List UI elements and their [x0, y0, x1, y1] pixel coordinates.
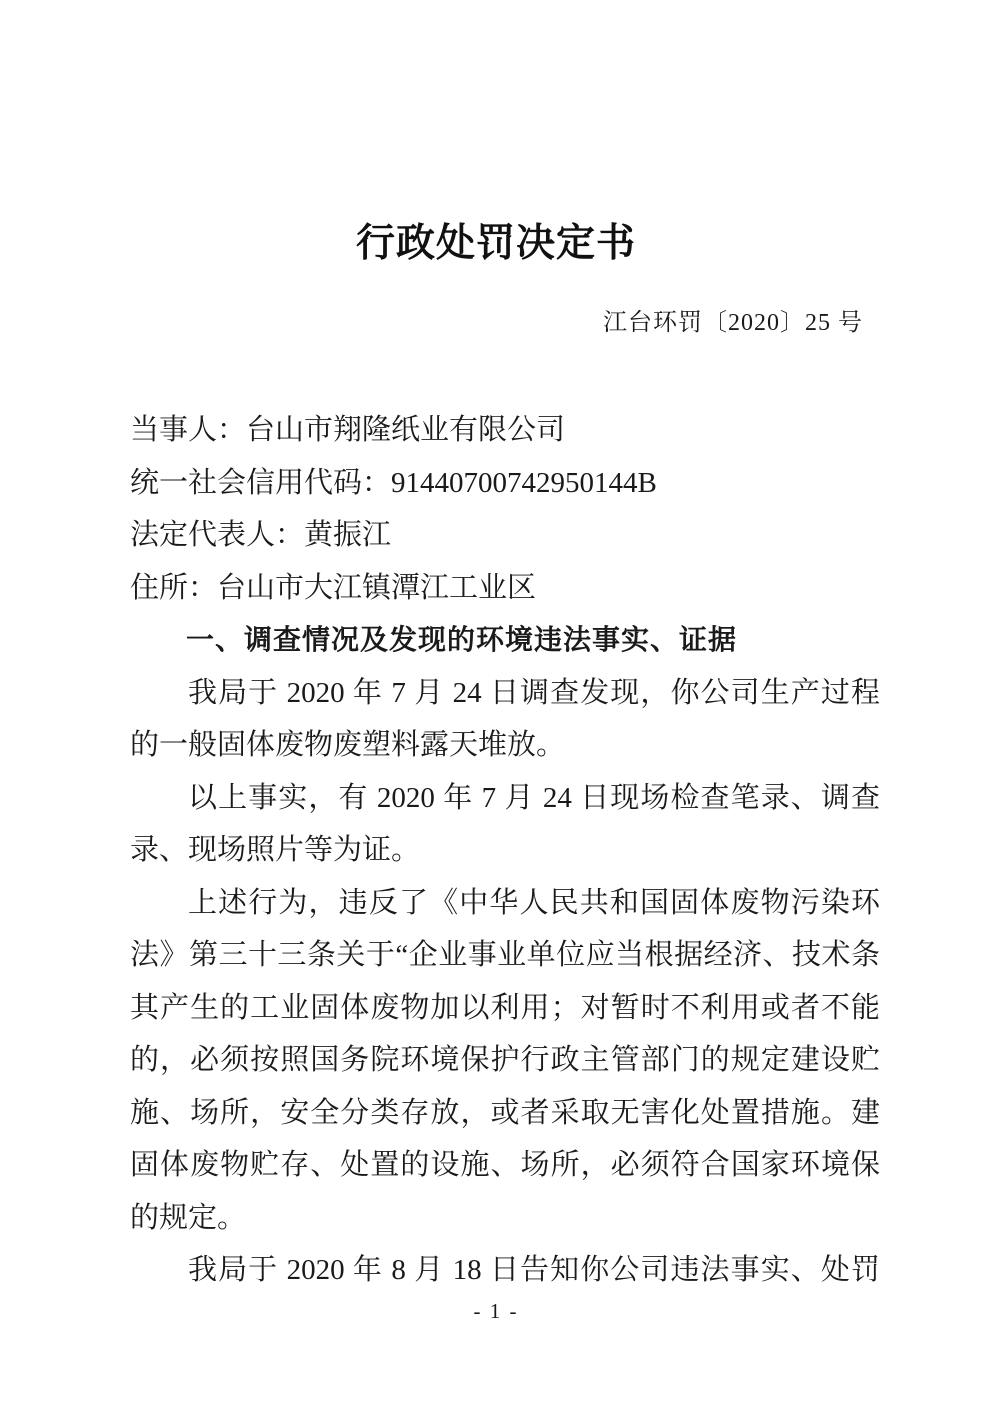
document-number: 江台环罚〔2020〕25 号 [603, 307, 863, 339]
section-heading: 一、调查情况及发现的环境违法事实、证据 [130, 614, 880, 667]
body-text-line: 的一般固体废物废塑料露天堆放。 [130, 719, 880, 772]
document-title: 行政处罚决定书 [0, 220, 992, 268]
body-text-line: 我局于 2020 年 7 月 24 日调查发现，你公司生产过程中产生 [130, 667, 880, 720]
body-text-line: 录、现场照片等为证。 [130, 824, 880, 877]
party-field-line: 统一社会信用代码：91440700742950144B [130, 457, 880, 510]
body-text-line: 其产生的工业固体废物加以利用；对暂时不利用或者不能利用 [130, 982, 880, 1035]
party-field-line: 住所：台山市大江镇潭江工业区 [130, 562, 880, 615]
body-text-line: 法》第三十三条关于“企业事业单位应当根据经济、技术条件对 [130, 929, 880, 982]
document-page: 行政处罚决定书 江台环罚〔2020〕25 号 当事人：台山市翔隆纸业有限公司统一… [0, 0, 992, 1403]
party-field-line: 当事人：台山市翔隆纸业有限公司 [130, 404, 880, 457]
party-field-line: 法定代表人：黄振江 [130, 509, 880, 562]
document-body: 当事人：台山市翔隆纸业有限公司统一社会信用代码：9144070074295014… [130, 404, 880, 1297]
body-text-line: 固体废物贮存、处置的设施、场所，必须符合国家环境保护标准” [130, 1139, 880, 1192]
body-text-line: 以上事实，有 2020 年 7 月 24 日现场检查笔录、调查询问笔 [130, 772, 880, 825]
body-text-line: 的，必须按照国务院环境保护行政主管部门的规定建设贮存设 [130, 1034, 880, 1087]
body-text-line: 上述行为，违反了《中华人民共和国固体废物污染环境防治 [130, 877, 880, 930]
page-number: - 1 - [0, 1297, 992, 1325]
body-text-line: 施、场所，安全分类存放，或者采取无害化处置措施。建设工业 [130, 1087, 880, 1140]
body-text-line: 我局于 2020 年 8 月 18 日告知你公司违法事实、处罚依据和 [130, 1244, 880, 1297]
body-text-line: 的规定。 [130, 1192, 880, 1245]
